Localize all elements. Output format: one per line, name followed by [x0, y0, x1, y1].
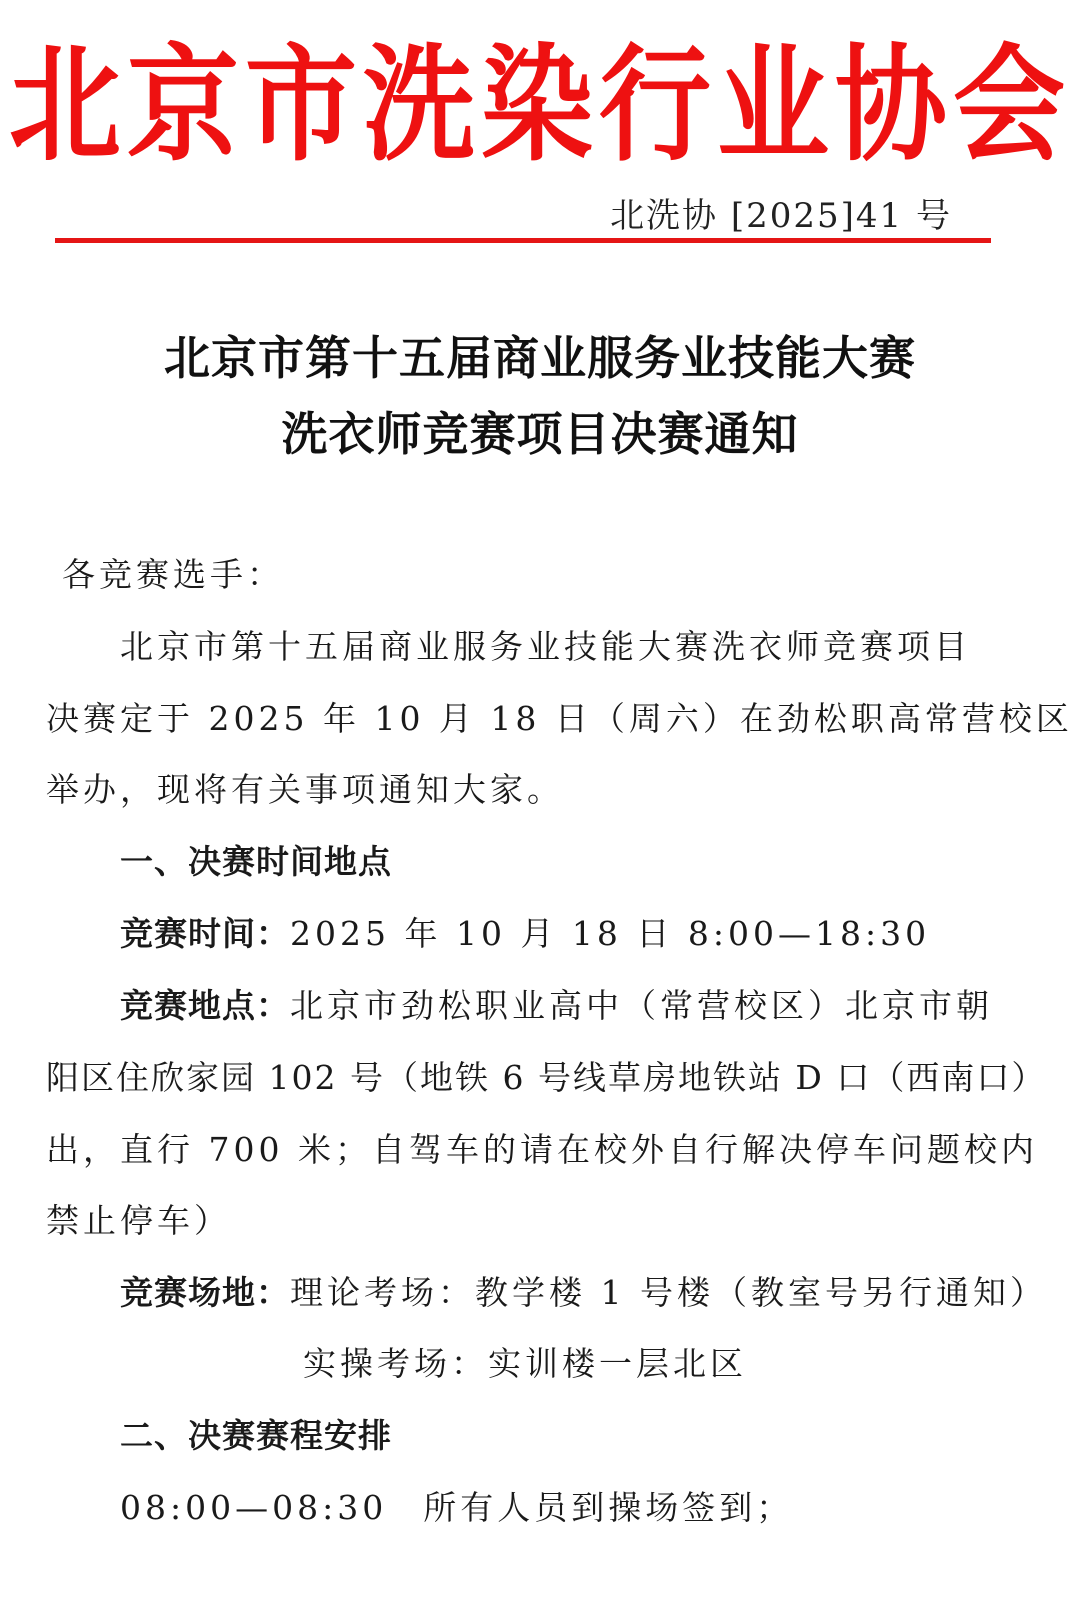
- competition-location-line-4: 禁止停车）: [46, 1199, 231, 1243]
- competition-location-line-1: 北京市劲松职业高中（常营校区）北京市朝: [290, 986, 993, 1025]
- intro-line-2: 决赛定于 2025 年 10 月 18 日（周六）在劲松职高常营校区: [46, 697, 1073, 741]
- organization-masthead: 北京市洗染行业协会: [0, 22, 1080, 190]
- notice-title-line1: 北京市第十五届商业服务业技能大赛: [0, 328, 1080, 388]
- competition-venue-row: 竞赛场地：理论考场：教学楼 1 号楼（教室号另行通知）: [120, 1271, 1047, 1315]
- competition-time-row: 竞赛时间：2025 年 10 月 18 日 8:00—18:30: [120, 912, 930, 956]
- competition-venue-label: 竞赛场地：: [120, 1273, 290, 1312]
- venue-theory: 理论考场：教学楼 1 号楼（教室号另行通知）: [290, 1273, 1047, 1312]
- red-divider: [55, 238, 991, 243]
- competition-location-row: 竞赛地点：北京市劲松职业高中（常营校区）北京市朝: [120, 984, 993, 1028]
- schedule-activity: 所有人员到操场签到；: [423, 1488, 793, 1527]
- venue-practical: 实操考场：实训楼一层北区: [303, 1342, 747, 1386]
- schedule-time: 08:00—08:30: [120, 1488, 387, 1527]
- competition-location-line-3: 出，直行 700 米；自驾车的请在校外自行解决停车问题校内: [46, 1128, 1038, 1172]
- section-heading-2: 二、决赛赛程安排: [120, 1414, 392, 1458]
- intro-line-1: 北京市第十五届商业服务业技能大赛洗衣师竞赛项目: [120, 625, 971, 669]
- notice-title-line2: 洗衣师竞赛项目决赛通知: [0, 404, 1080, 464]
- intro-line-3: 举办，现将有关事项通知大家。: [46, 768, 564, 812]
- competition-location-label: 竞赛地点：: [120, 986, 290, 1025]
- schedule-row: 08:00—08:30所有人员到操场签到；: [120, 1486, 793, 1530]
- document-number: 北洗协 [2025]41 号: [610, 194, 952, 238]
- section-heading-1: 一、决赛时间地点: [120, 840, 392, 884]
- competition-time-label: 竞赛时间：: [120, 914, 290, 953]
- salutation: 各竞赛选手：: [62, 553, 284, 597]
- competition-location-line-2: 阳区住欣家园 102 号（地铁 6 号线草房地铁站 D 口（西南口）: [46, 1056, 1046, 1100]
- competition-time-value: 2025 年 10 月 18 日 8:00—18:30: [290, 914, 930, 953]
